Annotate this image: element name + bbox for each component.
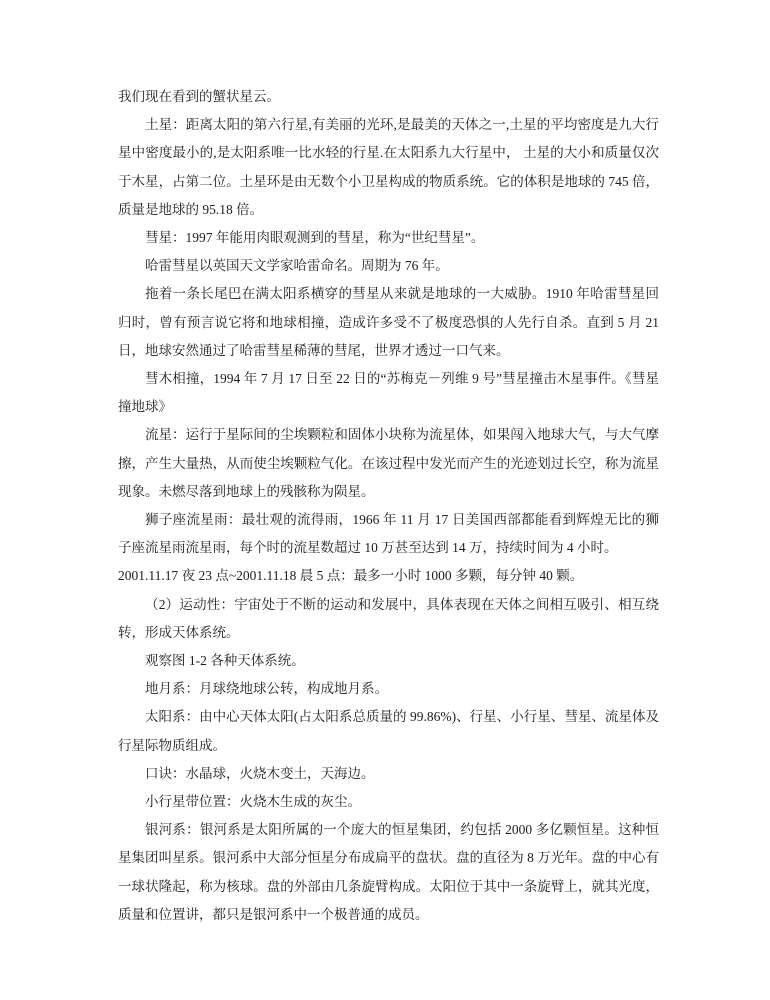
paragraph-solar-system: 太阳系：由中心天体太阳(占太阳系总质量的 99.86%)、行星、小行星、彗星、流… xyxy=(118,703,659,759)
paragraph-leonid-2001: 2001.11.17 夜 23 点~2001.11.18 晨 5 点：最多一小时… xyxy=(118,562,659,590)
paragraph-motion-property: （2）运动性：宇宙处于不断的运动和发展中，具体表现在天体之间相互吸引、相互绕转，… xyxy=(118,591,659,647)
paragraph-leonid-shower: 狮子座流星雨：最壮观的流得雨，1966 年 11 月 17 日美国西部都能看到辉… xyxy=(118,506,659,562)
document-page: 我们现在看到的蟹状星云。 土星：距离太阳的第六行星,有美丽的光环,是最美的天体之… xyxy=(0,0,770,1000)
document-text-block: 我们现在看到的蟹状星云。 土星：距离太阳的第六行星,有美丽的光环,是最美的天体之… xyxy=(118,83,659,929)
paragraph-saturn: 土星：距离太阳的第六行星,有美丽的光环,是最美的天体之一,土星的平均密度是九大行… xyxy=(118,111,659,224)
paragraph-meteor: 流星：运行于星际间的尘埃颗粒和固体小块称为流星体，如果闯入地球大气，与大气摩擦，… xyxy=(118,421,659,506)
paragraph-crab-nebula: 我们现在看到的蟹状星云。 xyxy=(118,83,659,111)
paragraph-mnemonic: 口诀：水晶球，火烧木变土，天海边。 xyxy=(118,760,659,788)
paragraph-earth-moon-system: 地月系：月球绕地球公转，构成地月系。 xyxy=(118,675,659,703)
paragraph-observe-figure: 观察图 1-2 各种天体系统。 xyxy=(118,647,659,675)
paragraph-asteroid-belt: 小行星带位置：火烧木生成的灰尘。 xyxy=(118,788,659,816)
paragraph-comet-jupiter-impact: 彗木相撞，1994 年 7 月 17 日至 22 日的“苏梅克－列维 9 号”彗… xyxy=(118,365,659,421)
paragraph-milky-way: 银河系：银河系是太阳所属的一个庞大的恒星集团，约包括 2000 多亿颗恒星。这种… xyxy=(118,816,659,929)
paragraph-halley-naming: 哈雷彗星以英国天文学家哈雷命名。周期为 76 年。 xyxy=(118,252,659,280)
paragraph-halley-1910: 拖着一条长尾巴在满太阳系横穿的彗星从来就是地球的一大威胁。1910 年哈雷彗星回… xyxy=(118,280,659,365)
paragraph-comet-1997: 彗星：1997 年能用肉眼观测到的彗星，称为“世纪彗星”。 xyxy=(118,224,659,252)
